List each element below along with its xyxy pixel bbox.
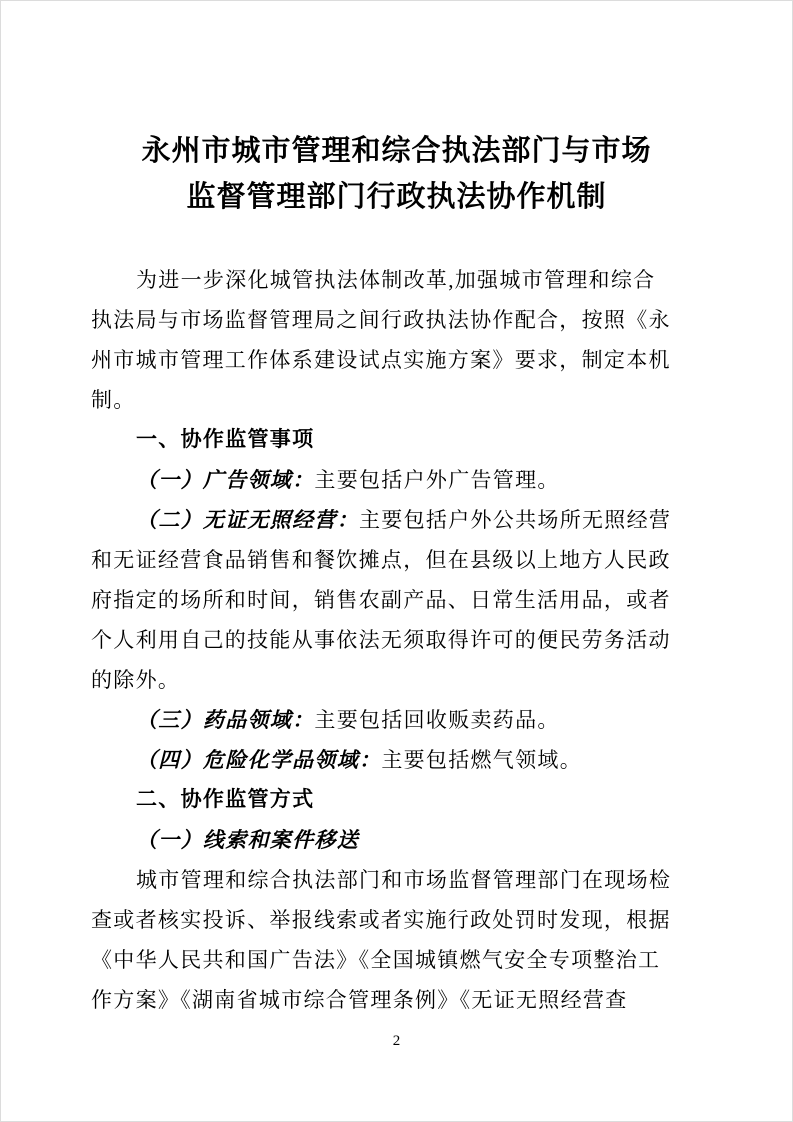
item-pharmaceutical-text: 主要包括回收贩卖药品。 [314, 708, 559, 732]
section-2-sub-heading: （一）线索和案件移送 [91, 820, 673, 860]
item-pharmaceutical: （三）药品领域：主要包括回收贩卖药品。 [91, 700, 673, 740]
title-line-2: 监督管理部门行政执法协作机制 [0, 174, 793, 220]
document-title: 永州市城市管理和综合执法部门与市场 监督管理部门行政执法协作机制 [0, 128, 793, 220]
item-advertising-text: 主要包括户外广告管理。 [314, 468, 559, 492]
page-number: 2 [0, 1030, 793, 1052]
item-hazardous-chemicals-lead: （四）危险化学品领域： [136, 748, 381, 772]
document-page: 永州市城市管理和综合执法部门与市场 监督管理部门行政执法协作机制 为进一步深化城… [0, 0, 793, 1122]
intro-paragraph: 为进一步深化城管执法体制改革,加强城市管理和综合执法局与市场监督管理局之间行政执… [91, 260, 673, 420]
title-line-1: 永州市城市管理和综合执法部门与市场 [0, 128, 793, 174]
item-unlicensed-business-lead: （二）无证无照经营： [136, 508, 359, 532]
item-hazardous-chemicals-text: 主要包括燃气领域。 [381, 748, 582, 772]
item-unlicensed-business-text: 主要包括户外公共场所无照经营和无证经营食品销售和餐饮摊点，但在县级以上地方人民政… [91, 508, 671, 692]
item-advertising: （一）广告领域：主要包括户外广告管理。 [91, 460, 673, 500]
section-2-heading: 二、协作监管方式 [91, 780, 673, 820]
item-advertising-lead: （一）广告领域： [136, 468, 314, 492]
item-hazardous-chemicals: （四）危险化学品领域：主要包括燃气领域。 [91, 740, 673, 780]
item-pharmaceutical-lead: （三）药品领域： [136, 708, 314, 732]
case-transfer-paragraph: 城市管理和综合执法部门和市场监督管理部门在现场检查或者核实投诉、举报线索或者实施… [91, 860, 673, 1020]
item-unlicensed-business: （二）无证无照经营：主要包括户外公共场所无照经营和无证经营食品销售和餐饮摊点，但… [91, 500, 673, 700]
section-1-heading: 一、协作监管事项 [91, 420, 673, 460]
